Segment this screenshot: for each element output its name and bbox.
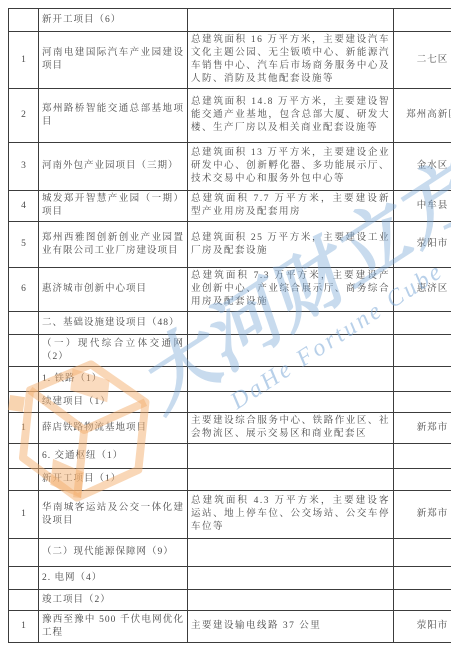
section-title-cell: 二、基础设施建设项目（48） xyxy=(39,312,188,335)
project-description-cell xyxy=(188,539,394,567)
row-number-cell xyxy=(9,590,39,611)
section-title-cell: 6. 交通枢纽（1） xyxy=(39,444,188,469)
row-number-cell: 1 xyxy=(9,32,39,89)
row-number-cell xyxy=(9,392,39,413)
project-description-cell: 总建筑面积 14.8 万平方米，主要建设智能交通产业基地，包含总部大厦、研发大楼… xyxy=(188,89,394,143)
section-title-cell: （一）现代综合立体交通网（2） xyxy=(39,335,188,367)
project-name-cell: 河南外包产业园项目（三期） xyxy=(39,143,188,191)
section-title-cell: 新开工项目（6） xyxy=(39,9,188,32)
row-number-cell xyxy=(9,567,39,590)
project-name-cell: 郑州路桥智能交通总部基地项目 xyxy=(39,89,188,143)
project-description-cell xyxy=(188,567,394,590)
district-cell: 新郑市 xyxy=(394,491,451,539)
district-cell xyxy=(394,392,451,413)
district-cell xyxy=(394,590,451,611)
district-cell xyxy=(394,367,451,392)
district-cell: 二七区 xyxy=(394,32,451,89)
project-description-cell: 总建筑面积 16 万平方米，主要建设汽车文化主题公园、无尘钣喷中心、新能源汽车销… xyxy=(188,32,394,89)
district-cell xyxy=(394,444,451,469)
project-name-cell: 薛店铁路物流基地项目 xyxy=(39,413,188,444)
row-number-cell xyxy=(9,539,39,567)
project-description-cell xyxy=(188,469,394,491)
row-number-cell xyxy=(9,367,39,392)
row-number-cell: 1 xyxy=(9,491,39,539)
project-description-cell xyxy=(188,312,394,335)
project-name-cell: 豫西至豫中 500 千伏电网优化工程 xyxy=(39,611,188,643)
district-cell: 新郑市 xyxy=(394,413,451,444)
section-title-cell: （二）现代能源保障网（9） xyxy=(39,539,188,567)
project-name-cell: 河南电建国际汽车产业园建设项目 xyxy=(39,32,188,89)
project-description-cell: 主要建设输电线路 37 公里 xyxy=(188,611,394,643)
table-row: 1 薛店铁路物流基地项目 主要建设综合服务中心、铁路作业区、社会物流区、展示交易… xyxy=(9,413,451,444)
row-number-cell: 3 xyxy=(9,143,39,191)
section-title-cell: 竣工项目（2） xyxy=(39,590,188,611)
project-name-cell: 华南城客运站及公交一体化建设项目 xyxy=(39,491,188,539)
project-description-cell xyxy=(188,367,394,392)
table-row: 新开工项目（1） xyxy=(9,469,451,491)
section-title-cell: 2. 电网（4） xyxy=(39,567,188,590)
project-description-cell xyxy=(188,444,394,469)
table-row: 6 惠济城市创新中心项目 总建筑面积 7.3 万平方米，主要建设产业创新中心、产… xyxy=(9,268,451,312)
row-number-cell xyxy=(9,335,39,367)
district-cell xyxy=(394,469,451,491)
row-number-cell: 1 xyxy=(9,413,39,444)
row-number-cell xyxy=(9,312,39,335)
table-row: 二、基础设施建设项目（48） xyxy=(9,312,451,335)
project-name-cell: 城发郑开智慧产业园（一期）项目 xyxy=(39,191,188,222)
district-cell xyxy=(394,335,451,367)
row-number-cell xyxy=(9,444,39,469)
section-title-cell: 新开工项目（1） xyxy=(39,469,188,491)
projects-table: 新开工项目（6） 1 河南电建国际汽车产业园建设项目 总建筑面积 16 万平方米… xyxy=(8,8,451,643)
district-cell xyxy=(394,567,451,590)
project-description-cell: 总建筑面积 25 万平方米，主要建设工业厂房及配套设施 xyxy=(188,222,394,268)
table-row: 4 城发郑开智慧产业园（一期）项目 总建筑面积 7.7 万平方米，主要建设新型产… xyxy=(9,191,451,222)
table-row: （二）现代能源保障网（9） xyxy=(9,539,451,567)
table-row: 5 郑州西雅图创新创业产业园置业有限公司工业厂房建设项目 总建筑面积 25 万平… xyxy=(9,222,451,268)
row-number-cell xyxy=(9,469,39,491)
page: { "watermark": { "cn": "大河财立方", "en": "D… xyxy=(0,0,451,648)
district-cell: 荥阳市 xyxy=(394,222,451,268)
row-number-cell: 6 xyxy=(9,268,39,312)
district-cell xyxy=(394,539,451,567)
district-cell xyxy=(394,9,451,32)
row-number-cell: 5 xyxy=(9,222,39,268)
district-cell: 郑州高新区 xyxy=(394,89,451,143)
table-row: 1 豫西至豫中 500 千伏电网优化工程 主要建设输电线路 37 公里 荥阳市 xyxy=(9,611,451,643)
table-row: 3 河南外包产业园项目（三期） 总建筑面积 13 万平方米，主要建设企业研发中心… xyxy=(9,143,451,191)
project-description-cell: 总建筑面积 7.7 万平方米，主要建设新型产业用房及配套用房 xyxy=(188,191,394,222)
table-row: 6. 交通枢纽（1） xyxy=(9,444,451,469)
table-row: 新开工项目（6） xyxy=(9,9,451,32)
table-row: 1 河南电建国际汽车产业园建设项目 总建筑面积 16 万平方米，主要建设汽车文化… xyxy=(9,32,451,89)
district-cell: 荥阳市 xyxy=(394,611,451,643)
table-row: 2 郑州路桥智能交通总部基地项目 总建筑面积 14.8 万平方米，主要建设智能交… xyxy=(9,89,451,143)
section-title-cell: 1. 铁路（1） xyxy=(39,367,188,392)
table-row: 1 华南城客运站及公交一体化建设项目 总建筑面积 4.3 万平方米，主要建设客运… xyxy=(9,491,451,539)
district-cell: 中牟县 xyxy=(394,191,451,222)
project-description-cell: 主要建设综合服务中心、铁路作业区、社会物流区、展示交易区和商业配套区 xyxy=(188,413,394,444)
district-cell: 惠济区 xyxy=(394,268,451,312)
row-number-cell: 4 xyxy=(9,191,39,222)
project-name-cell: 郑州西雅图创新创业产业园置业有限公司工业厂房建设项目 xyxy=(39,222,188,268)
district-cell: 金水区 xyxy=(394,143,451,191)
row-number-cell: 1 xyxy=(9,611,39,643)
project-description-cell xyxy=(188,392,394,413)
district-cell xyxy=(394,312,451,335)
row-number-cell xyxy=(9,9,39,32)
project-description-cell xyxy=(188,335,394,367)
table-row: 1. 铁路（1） xyxy=(9,367,451,392)
project-description-cell xyxy=(188,590,394,611)
project-description-cell: 总建筑面积 13 万平方米，主要建设企业研发中心、创新孵化器、多功能展示厅、技术… xyxy=(188,143,394,191)
table-row: 竣工项目（2） xyxy=(9,590,451,611)
table-row: （一）现代综合立体交通网（2） xyxy=(9,335,451,367)
project-name-cell: 惠济城市创新中心项目 xyxy=(39,268,188,312)
project-description-cell: 总建筑面积 7.3 万平方米，主要建设产业创新中心、产业综合展示厅、商务综合用房… xyxy=(188,268,394,312)
row-number-cell: 2 xyxy=(9,89,39,143)
table-row: 2. 电网（4） xyxy=(9,567,451,590)
document-scan: 新开工项目（6） 1 河南电建国际汽车产业园建设项目 总建筑面积 16 万平方米… xyxy=(0,0,451,648)
project-description-cell xyxy=(188,9,394,32)
section-title-cell: 续建项目（1） xyxy=(39,392,188,413)
project-description-cell: 总建筑面积 4.3 万平方米，主要建设客运站、地上停车位、公交场站、公交车停车位… xyxy=(188,491,394,539)
table-row: 续建项目（1） xyxy=(9,392,451,413)
